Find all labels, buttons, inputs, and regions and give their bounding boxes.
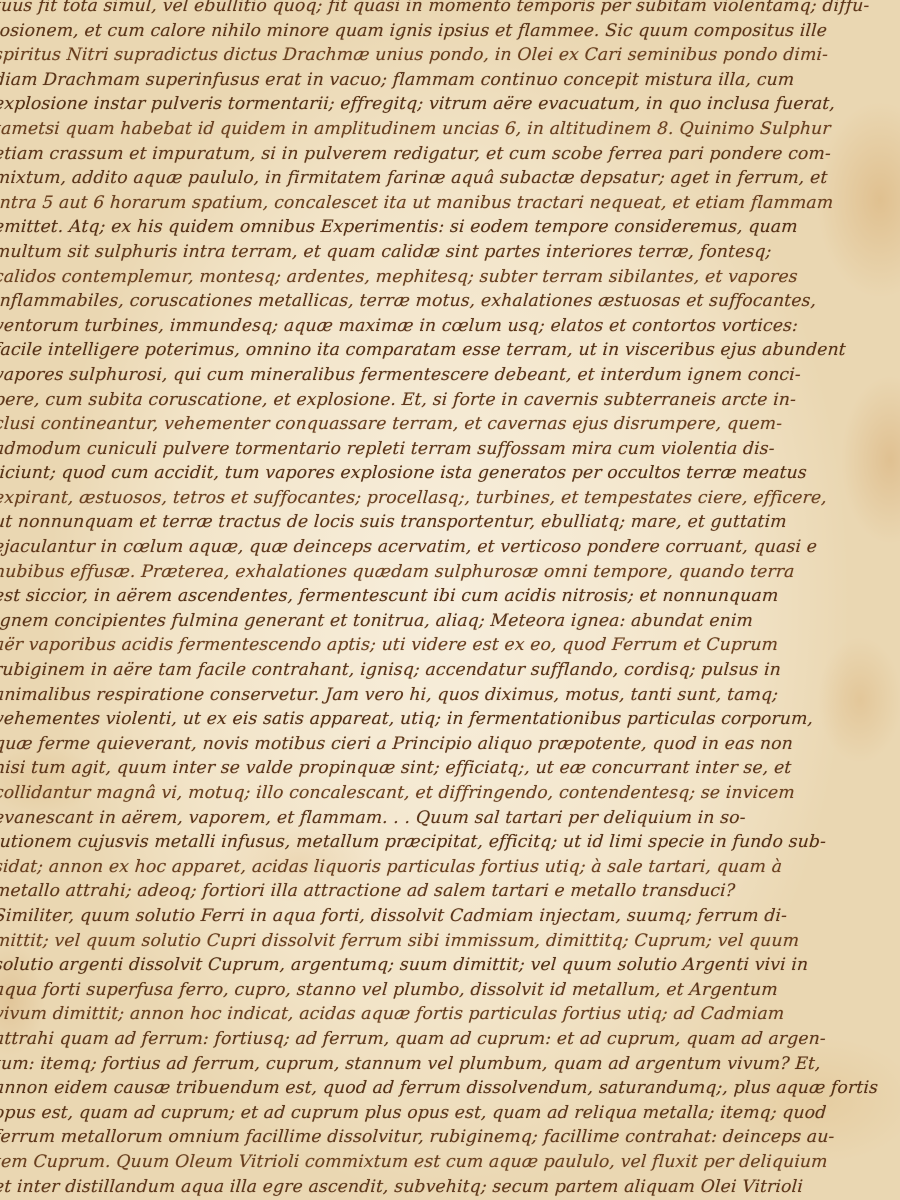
manuscript-line: vehementes violenti, ut ex eis satis app…: [0, 707, 900, 732]
manuscript-line: sidat; annon ex hoc apparet, acidas liqu…: [0, 855, 900, 880]
manuscript-line: tuus fit tota simul, vel ebullitio quoq;…: [0, 0, 900, 19]
manuscript-line: pere, cum subita coruscatione, et explos…: [0, 388, 900, 413]
manuscript-line: vivum dimittit; annon hoc indicat, acida…: [0, 1002, 900, 1027]
manuscript-line: metallo attrahi; adeoq; fortiori illa at…: [0, 879, 900, 904]
manuscript-line: tum: itemq; fortius ad ferrum, cuprum, s…: [0, 1052, 900, 1077]
manuscript-line: solutio argenti dissolvit Cuprum, argent…: [0, 953, 900, 978]
manuscript-line: collidantur magnâ vi, motuq; illo concal…: [0, 781, 900, 806]
manuscript-line: ejaculantur in cœlum aquæ, quæ deinceps …: [0, 535, 900, 560]
manuscript-line: facile intelligere poterimus, omnino ita…: [0, 338, 900, 363]
manuscript-line: tem Cuprum. Quum Oleum Vitrioli commixtu…: [0, 1150, 900, 1175]
manuscript-line: ventorum turbines, immundesq; aquæ maxim…: [0, 314, 900, 339]
manuscript-line: mixtum, addito aquæ paululo, in firmitat…: [0, 166, 900, 191]
manuscript-line: nubibus effusæ. Præterea, exhalationes q…: [0, 560, 900, 585]
manuscript-line: rubiginem in aëre tam facile contrahant,…: [0, 658, 900, 683]
manuscript-line: inflammabiles, coruscationes metallicas,…: [0, 289, 900, 314]
manuscript-line: aqua forti superfusa ferro, cupro, stann…: [0, 978, 900, 1003]
manuscript-line: spiritus Nitri supradictus dictus Drachm…: [0, 43, 900, 68]
manuscript-line: evanescant in aërem, vaporem, et flammam…: [0, 806, 900, 831]
manuscript-line: mittit; vel quum solutio Cupri dissolvit…: [0, 929, 900, 954]
manuscript-line: clusi contineantur, vehementer conquassa…: [0, 412, 900, 437]
manuscript-line: opus est, quam ad cuprum; et ad cuprum p…: [0, 1101, 900, 1126]
manuscript-line: quæ ferme quieverant, novis motibus cier…: [0, 732, 900, 757]
manuscript-line: Similiter, quum solutio Ferri in aqua fo…: [0, 904, 900, 929]
manuscript-line: et inter distillandum aqua illa egre asc…: [0, 1175, 900, 1200]
manuscript-line: nisi tum agit, quum inter se valde propi…: [0, 756, 900, 781]
manuscript-line: calidos contemplemur, montesq; ardentes,…: [0, 265, 900, 290]
manuscript-line: ignem concipientes fulmina generant et t…: [0, 609, 900, 634]
manuscript-line: aër vaporibus acidis fermentescendo apti…: [0, 633, 900, 658]
manuscript-line: admodum cuniculi pulvere tormentario rep…: [0, 437, 900, 462]
manuscript-line: ferrum metallorum omnium facillime disso…: [0, 1125, 900, 1150]
manuscript-line: multum sit sulphuris intra terram, et qu…: [0, 240, 900, 265]
manuscript-line: tametsi quam habebat id quidem in amplit…: [0, 117, 900, 142]
manuscript-line: intra 5 aut 6 horarum spatium, concalesc…: [0, 191, 900, 216]
manuscript-line: lutionem cujusvis metalli infusus, metal…: [0, 830, 900, 855]
manuscript-line: est siccior, in aërem ascendentes, ferme…: [0, 584, 900, 609]
manuscript-line: diam Drachmam superinfusus erat in vacuo…: [0, 68, 900, 93]
manuscript-line: animalibus respiratione conservetur. Jam…: [0, 683, 900, 708]
manuscript-page: tuus fit tota simul, vel ebullitio quoq;…: [0, 0, 900, 1200]
manuscript-line: ut nonnunquam et terræ tractus de locis …: [0, 510, 900, 535]
manuscript-line: emittet. Atq; ex his quidem omnibus Expe…: [0, 215, 900, 240]
manuscript-line: attrahi quam ad ferrum: fortiusq; ad fer…: [0, 1027, 900, 1052]
manuscript-line: jiciunt; quod cum accidit, tum vapores e…: [0, 461, 900, 486]
manuscript-text-block: tuus fit tota simul, vel ebullitio quoq;…: [0, 0, 900, 1199]
manuscript-line: losionem, et cum calore nihilo minore qu…: [0, 19, 900, 44]
manuscript-line: explosione instar pulveris tormentarii; …: [0, 92, 900, 117]
manuscript-line: etiam crassum et impuratum, si in pulver…: [0, 142, 900, 167]
manuscript-line: annon eidem causæ tribuendum est, quod a…: [0, 1076, 900, 1101]
manuscript-line: vapores sulphurosi, qui cum mineralibus …: [0, 363, 900, 388]
manuscript-line: expirant, æstuosos, tetros et suffocante…: [0, 486, 900, 511]
